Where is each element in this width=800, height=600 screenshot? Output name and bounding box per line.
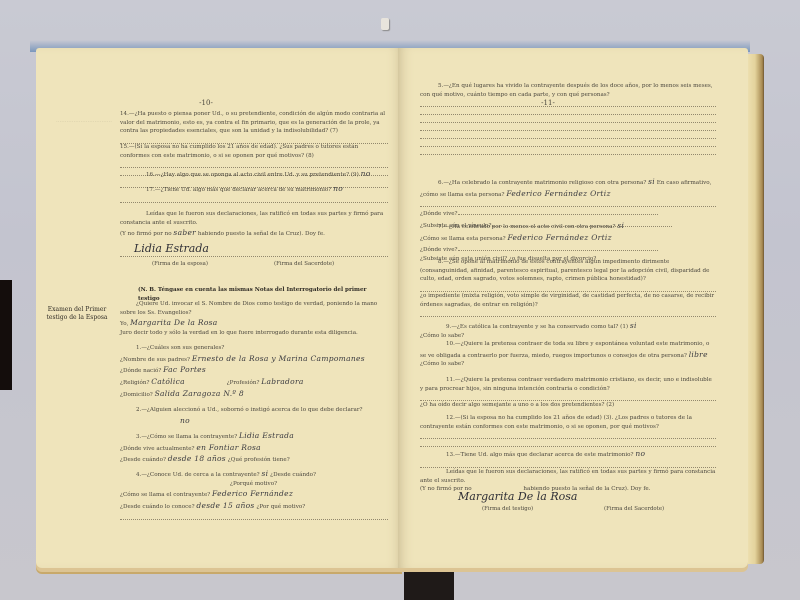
answer-3-since: desde 18 años [168,454,226,463]
answer-4-known-since: desde 15 años [196,501,254,510]
answer-2: no [120,416,190,425]
page-edges [746,54,764,564]
pin [381,18,389,30]
question-11: 11.—¿Quiere la pretensa contraer verdade… [420,376,716,410]
witness-signature-caption: (Firma del testigo) [482,505,533,513]
question-13: 13.—Tiene Ud. algo más que declarar acer… [420,448,716,468]
question-2: 2.—¿Alguien aleccionó a Ud., sobornó o i… [120,406,388,426]
answer-17: no [333,184,343,193]
question-10: 10.—¿Quiere la pretensa contraer de toda… [420,340,716,369]
bride-signature-caption: (Firma de la esposa) [152,260,208,268]
dark-object-bottom [404,570,454,600]
question-14: 14.—¿Ha puesto o piensa poner Ud., o su … [120,110,388,144]
dark-object-left [0,280,12,390]
answer-10: libre [689,350,708,359]
margin-label-witness-exam: Examen del Primer testigo de la Esposa [46,306,108,322]
question-12: 12.—(Si la esposa no ha cumplido los 21 … [420,414,716,447]
priest-signature-caption: (Firma del Sacerdote) [274,260,334,268]
question-17: 17.—¿Tiene Ud. algo más que declarar ace… [120,183,388,203]
answer-9: si [630,321,637,330]
witness-oath: ¿Quiere Ud. invocar el S. Nombre de Dios… [120,300,388,338]
page-number: -10- [176,98,236,109]
answer-7-name: Federico Fernández Ortiz [507,233,611,242]
question-1: 1.—¿Cuáles son sus generales? ¿Nombre de… [120,344,388,399]
answer-3: Lidia Estrada [239,431,294,440]
answer-6-name: Federico Fernández Ortiz [506,189,610,198]
question-4: 4.—¿Conoce Ud. de cerca a la contrayente… [120,468,388,520]
priest-signature-caption: (Firma del Sacerdote) [604,505,664,513]
answer-address: Salida Zaragoza N.º 8 [155,389,244,398]
witness-signature: Margarita De la Rosa [458,488,577,505]
question-9: 9.—¿Es católica la contrayente y se ha c… [420,320,716,340]
answer-religion: Católica [151,377,185,386]
open-book: ................................ -10- 14… [26,48,766,568]
answer-4-groom-name: Federico Fernández [212,489,293,498]
answer-4: si [261,469,268,478]
answer-6: si [648,177,655,186]
answer-16: no [361,169,371,178]
page-10: ................................ -10- 14… [36,48,402,568]
question-5: 5.—¿En qué lugares ha vivido la contraye… [420,82,716,155]
answer-parents: Ernesto de la Rosa y Marina Campomanes [192,354,365,363]
answer-profession: Labradora [261,377,303,386]
closing-statement: Leídas que le fueron sus declaraciones, … [120,210,388,239]
witness-name: Margarita De la Rosa [130,318,217,327]
bride-signature: Lidia Estrada [134,240,209,257]
answer-13: no [635,449,645,458]
page-11: -11- 5.—¿En qué lugares ha vivido la con… [398,48,748,568]
answer-birthplace: Fac Portes [163,365,206,374]
answer-3-residence: en Fontiar Rosa [196,443,261,452]
question-8: 8.—¿Se opone al matrimonio de estos cont… [420,258,716,317]
question-3: 3.—¿Cómo se llama la contrayente? Lidia … [120,430,388,465]
answer-7: si [617,221,624,230]
